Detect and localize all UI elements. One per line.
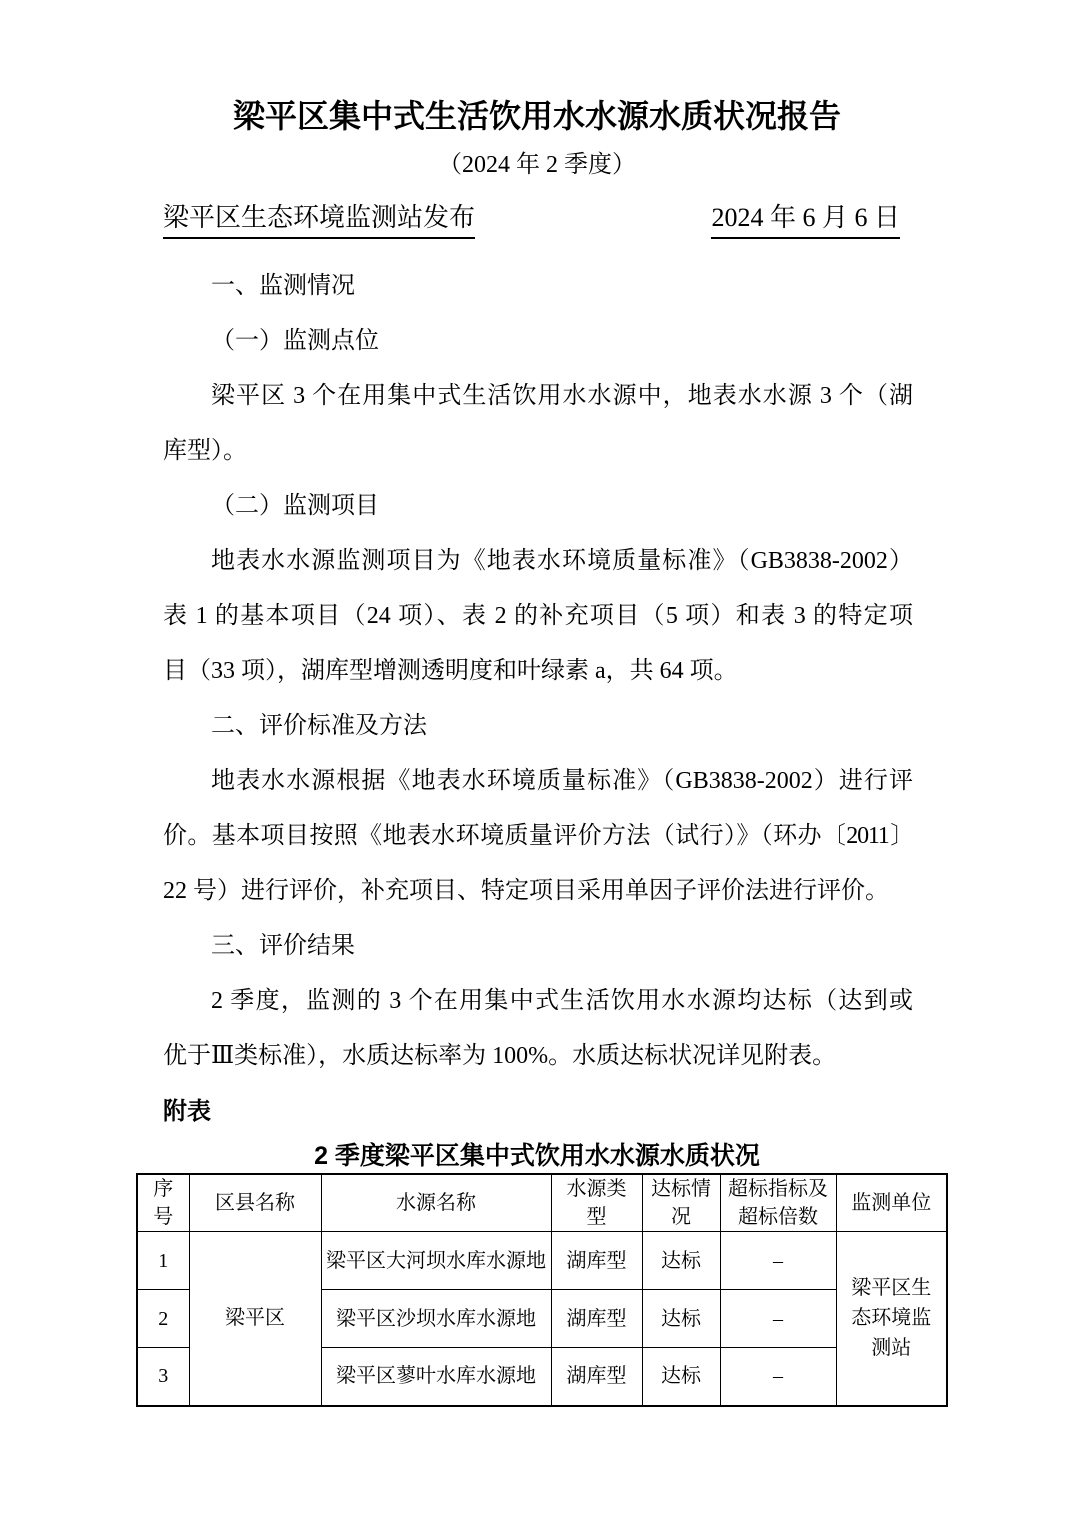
monitoring-unit-cell: 梁平区生态环境监测站 <box>836 1232 947 1406</box>
source-name-cell: 梁平区大河坝水库水源地 <box>321 1232 551 1290</box>
body-line: 22 号）进行评价，补充项目、特定项目采用单因子评价法进行评价。 <box>163 864 913 919</box>
col-header-district: 区县名称 <box>189 1174 321 1232</box>
body-line: 地表水水源根据《地表水环境质量标准》（GB3838-2002）进行评 <box>163 754 913 809</box>
body-line: 目（33 项），湖库型增测透明度和叶绿素 a，共 64 项。 <box>163 644 913 699</box>
col-header-exceed: 超标指标及超标倍数 <box>720 1174 836 1232</box>
subsection-heading: （二）监测项目 <box>163 479 913 534</box>
publisher-row: 梁平区生态环境监测站发布 2024 年 6 月 6 日 <box>163 202 900 239</box>
attachment-label: 附表 <box>163 1084 913 1139</box>
col-header-no: 序号 <box>137 1174 189 1232</box>
col-header-unit: 监测单位 <box>836 1174 947 1232</box>
table-header-row: 序号 区县名称 水源名称 水源类型 达标情况 超标指标及超标倍数 监测单位 <box>137 1174 947 1232</box>
section-heading: 三、评价结果 <box>163 919 913 974</box>
source-type-cell: 湖库型 <box>551 1348 642 1406</box>
col-header-status: 达标情况 <box>642 1174 720 1232</box>
exceed-cell: – <box>720 1232 836 1290</box>
report-subtitle: （2024 年 2 季度） <box>0 150 1074 180</box>
body-line: 梁平区 3 个在用集中式生活饮用水水源中，地表水水源 3 个（湖 <box>163 369 913 424</box>
body-line: 优于Ⅲ类标准），水质达标率为 100%。水质达标状况详见附表。 <box>163 1029 913 1084</box>
body-line: 库型）。 <box>163 424 913 479</box>
report-body: 一、监测情况 （一）监测点位 梁平区 3 个在用集中式生活饮用水水源中，地表水水… <box>163 259 913 1139</box>
row-number-cell: 2 <box>137 1290 189 1348</box>
table-title: 2 季度梁平区集中式饮用水水源水质状况 <box>0 1139 1074 1173</box>
body-line: 2 季度，监测的 3 个在用集中式生活饮用水水源均达标（达到或 <box>163 974 913 1029</box>
section-heading: 二、评价标准及方法 <box>163 699 913 754</box>
status-cell: 达标 <box>642 1290 720 1348</box>
source-type-cell: 湖库型 <box>551 1290 642 1348</box>
water-quality-table: 序号 区县名称 水源名称 水源类型 达标情况 超标指标及超标倍数 监测单位 1 … <box>136 1173 948 1407</box>
status-cell: 达标 <box>642 1348 720 1406</box>
col-header-type: 水源类型 <box>551 1174 642 1232</box>
body-line: 地表水水源监测项目为《地表水环境质量标准》（GB3838-2002） <box>163 534 913 589</box>
row-number-cell: 1 <box>137 1232 189 1290</box>
exceed-cell: – <box>720 1290 836 1348</box>
subsection-heading: （一）监测点位 <box>163 314 913 369</box>
row-number-cell: 3 <box>137 1348 189 1406</box>
report-title: 梁平区集中式生活饮用水水源水质状况报告 <box>0 0 1074 138</box>
body-line: 表 1 的基本项目（24 项）、表 2 的补充项目（5 项）和表 3 的特定项 <box>163 589 913 644</box>
publish-date: 2024 年 6 月 6 日 <box>711 202 900 239</box>
publisher: 梁平区生态环境监测站发布 <box>163 202 475 239</box>
source-name-cell: 梁平区蓼叶水库水源地 <box>321 1348 551 1406</box>
source-type-cell: 湖库型 <box>551 1232 642 1290</box>
body-line: 价。基本项目按照《地表水环境质量评价方法（试行）》（环办〔2011〕 <box>163 809 913 864</box>
source-name-cell: 梁平区沙坝水库水源地 <box>321 1290 551 1348</box>
exceed-cell: – <box>720 1348 836 1406</box>
col-header-source: 水源名称 <box>321 1174 551 1232</box>
section-heading: 一、监测情况 <box>163 259 913 314</box>
document-page: 梁平区集中式生活饮用水水源水质状况报告 （2024 年 2 季度） 梁平区生态环… <box>0 0 1074 1520</box>
district-cell: 梁平区 <box>189 1232 321 1406</box>
status-cell: 达标 <box>642 1232 720 1290</box>
table-row: 1 梁平区 梁平区大河坝水库水源地 湖库型 达标 – 梁平区生态环境监测站 <box>137 1232 947 1290</box>
